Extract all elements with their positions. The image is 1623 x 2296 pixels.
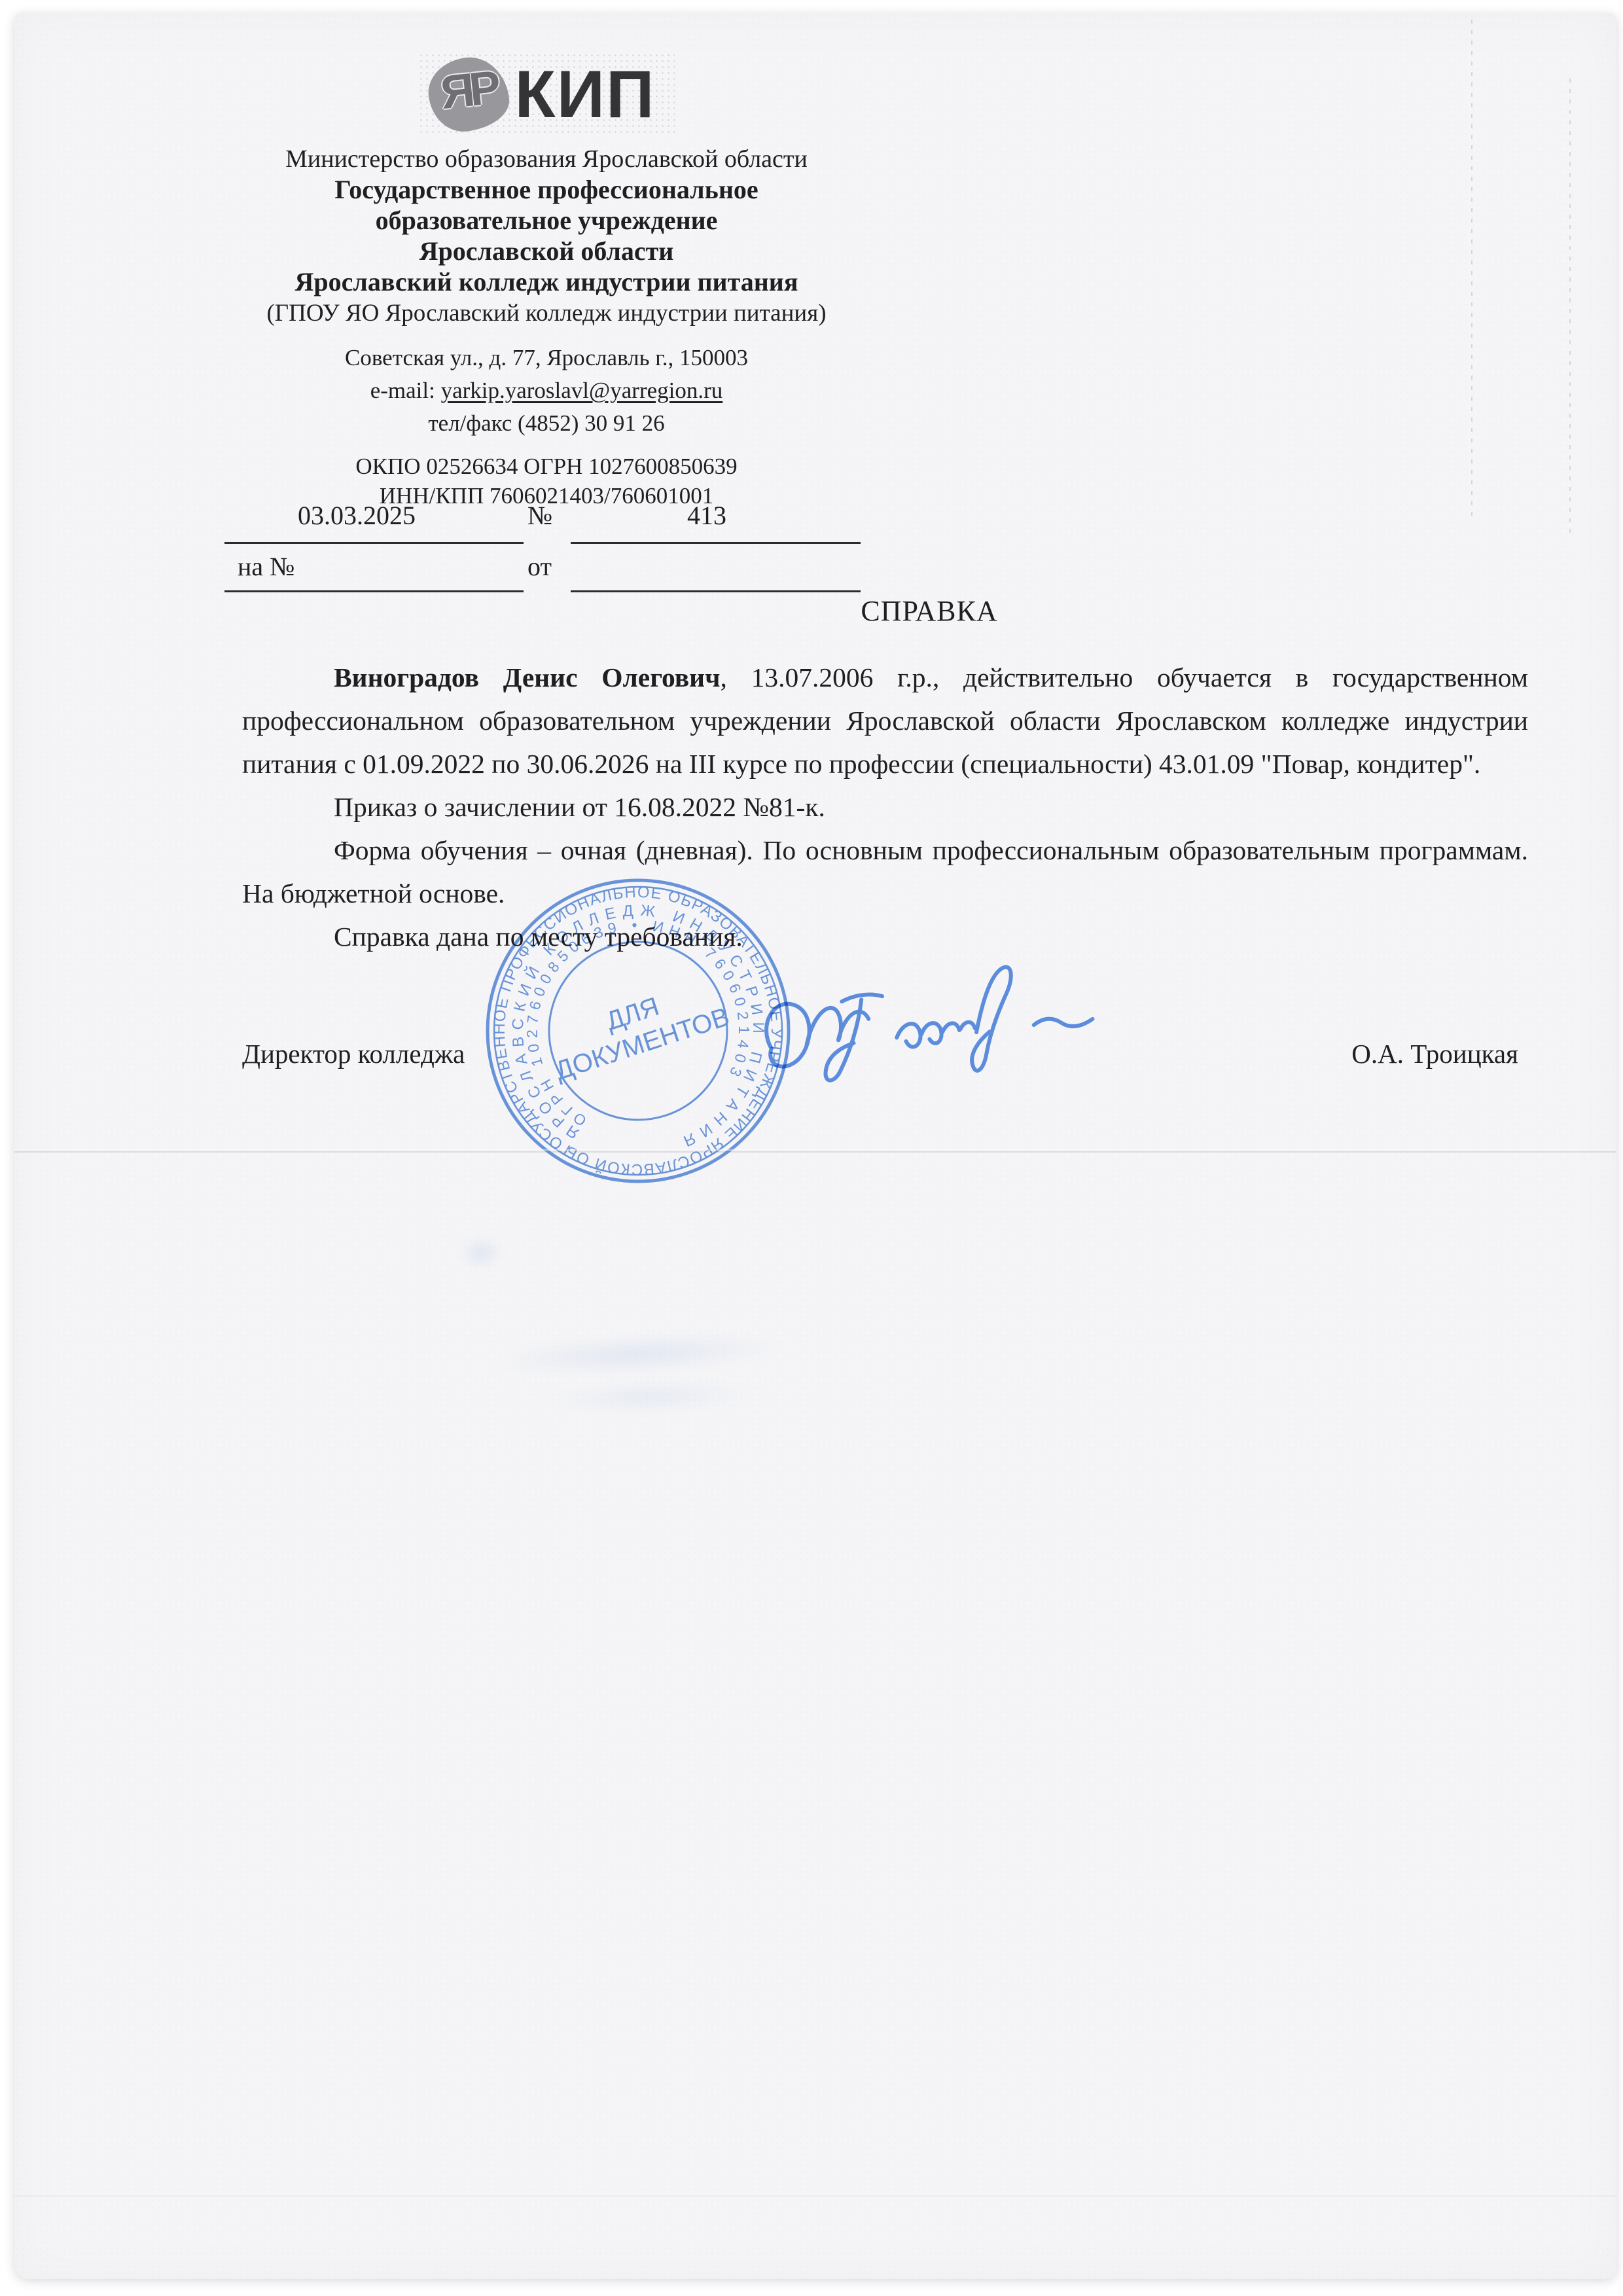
- blank-line: [571, 590, 861, 592]
- doc-title: СПРАВКА: [861, 594, 997, 628]
- blank-line: [571, 542, 861, 544]
- ref-number-label: на №: [238, 554, 294, 580]
- doc-number: 413: [687, 503, 726, 529]
- signatory-name: О.А. Троицкая: [1351, 1038, 1518, 1069]
- blank-line: [224, 542, 524, 544]
- org-short-name: (ГПОУ ЯО Ярославский колледж индустрии п…: [232, 298, 861, 329]
- director-signature: [743, 951, 1102, 1114]
- logo-monogram: ЯР: [429, 63, 506, 117]
- org-name-line-1: Государственное профессиональное: [232, 174, 861, 205]
- email-label: e-mail:: [370, 378, 441, 403]
- blank-line: [224, 590, 524, 592]
- doc-body: Виноградов Денис Олегович, 13.07.2006 г.…: [242, 656, 1528, 958]
- student-name: Виноградов Денис Олегович: [334, 662, 720, 692]
- yarkip-monogram-blob: ЯР: [425, 54, 512, 135]
- body-paragraph-1: Виноградов Денис Олегович, 13.07.2006 г.…: [242, 656, 1528, 785]
- ministry-line: Министерство образования Ярославской обл…: [232, 144, 861, 174]
- phone-line: тел/факс (4852) 30 91 26: [232, 407, 861, 440]
- body-paragraph-2: Приказ о зачислении от 16.08.2022 №81-к.: [242, 785, 1528, 829]
- email-line: e-mail: yarkip.yaroslavl@yarregion.ru: [232, 374, 861, 407]
- scanned-certificate: ЯР КИП Министерство образования Ярославс…: [0, 0, 1623, 2296]
- org-name-line-4: Ярославский колледж индустрии питания: [232, 266, 861, 297]
- address-line: Советская ул., д. 77, Ярославль г., 1500…: [232, 342, 861, 374]
- ref-from-label: от: [527, 554, 552, 580]
- email-address: yarkip.yaroslavl@yarregion.ru: [441, 378, 723, 403]
- body-paragraph-4: Справка дана по месту требования.: [242, 915, 1528, 958]
- letterhead: ЯР КИП Министерство образования Ярославс…: [232, 52, 861, 511]
- contact-block: Советская ул., д. 77, Ярославль г., 1500…: [232, 342, 861, 440]
- signature-position-label: Директор колледжа: [242, 1038, 465, 1069]
- number-sign: №: [527, 503, 552, 529]
- doc-date: 03.03.2025: [298, 503, 416, 529]
- body-paragraph-3: Форма обучения – очная (дневная). По осн…: [242, 829, 1528, 915]
- org-name-line-2: образовательное учреждение: [232, 205, 861, 236]
- okpo-ogrn-line: ОКПО 02526634 ОГРН 1027600850639: [232, 452, 861, 481]
- college-logo: ЯР КИП: [418, 52, 675, 136]
- logo-acronym: КИП: [515, 61, 656, 128]
- org-name-line-3: Ярославской области: [232, 236, 861, 266]
